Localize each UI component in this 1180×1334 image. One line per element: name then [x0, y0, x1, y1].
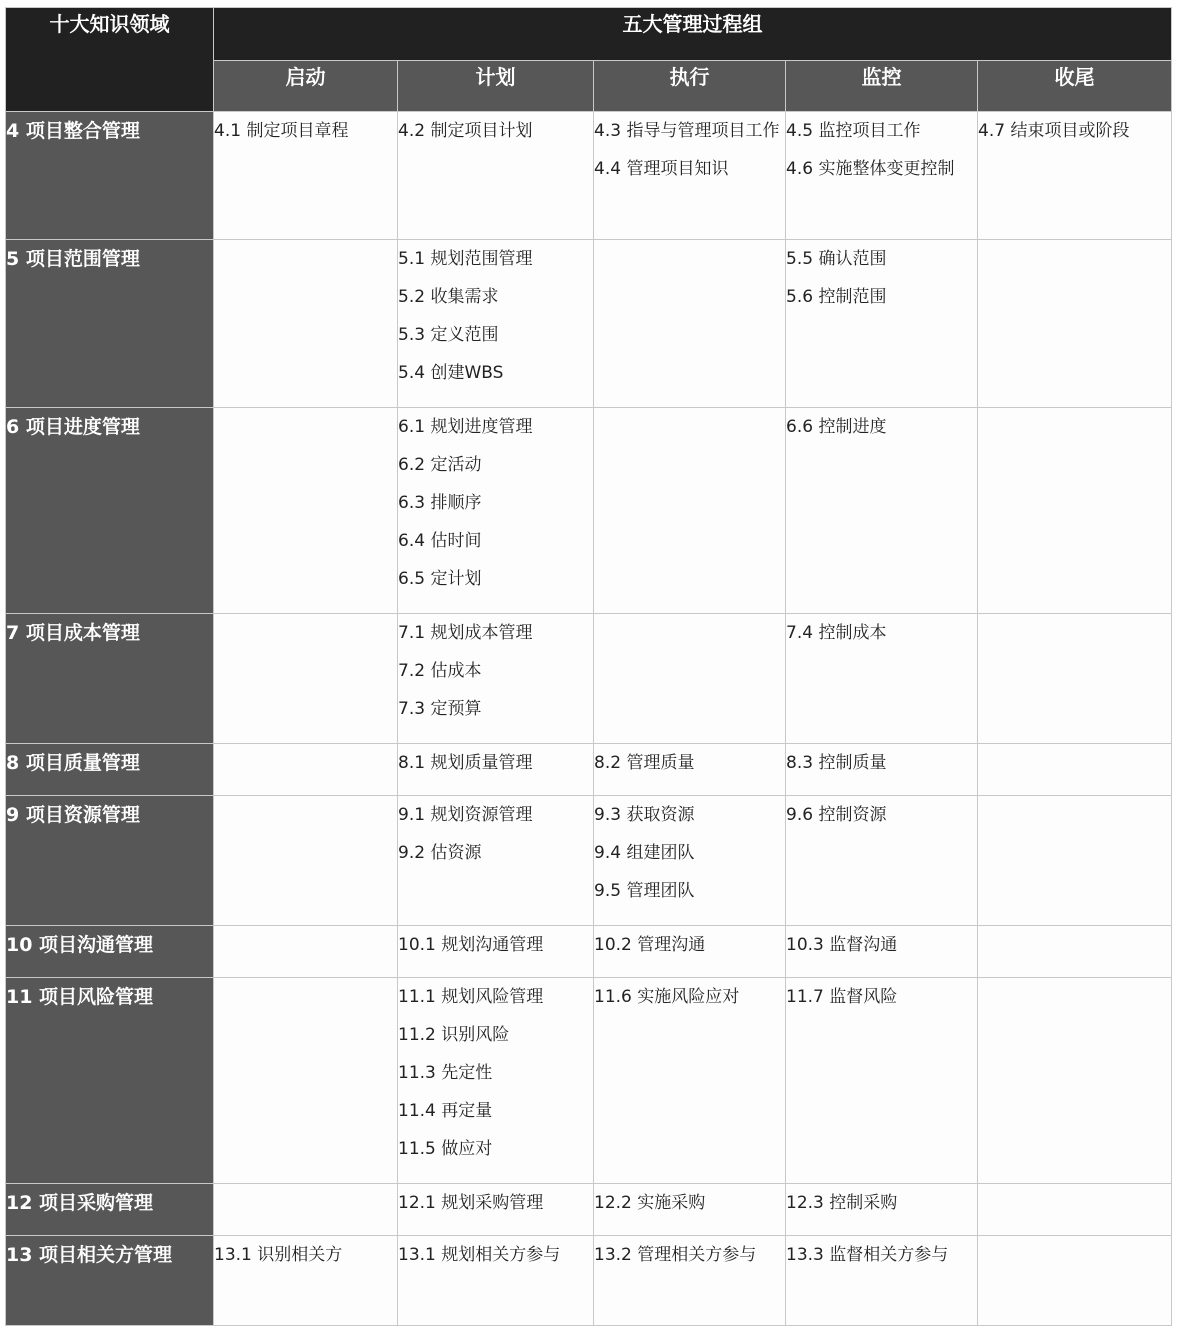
process-item: 11.7 监督风险 — [786, 978, 977, 1016]
knowledge-area-label: 11 项目风险管理 — [6, 978, 214, 1184]
process-item: 7.2 估成本 — [398, 652, 593, 690]
process-cell-planning: 4.2 制定项目计划 — [398, 112, 594, 240]
phase-header-initiating: 启动 — [214, 61, 398, 112]
process-cell-monitoring: 7.4 控制成本 — [786, 614, 978, 744]
process-cell-closing — [978, 926, 1172, 978]
process-cell-closing — [978, 978, 1172, 1184]
process-item: 11.6 实施风险应对 — [594, 978, 785, 1016]
process-item: 6.4 估时间 — [398, 522, 593, 560]
process-cell-executing — [594, 240, 786, 408]
knowledge-area-label: 9 项目资源管理 — [6, 796, 214, 926]
process-item: 4.5 监控项目工作 — [786, 112, 977, 150]
process-item: 12.2 实施采购 — [594, 1184, 785, 1222]
knowledge-area-label: 10 项目沟通管理 — [6, 926, 214, 978]
process-item: 8.3 控制质量 — [786, 744, 977, 782]
process-cell-executing: 11.6 实施风险应对 — [594, 978, 786, 1184]
process-item: 6.3 排顺序 — [398, 484, 593, 522]
process-cell-monitoring: 13.3 监督相关方参与 — [786, 1236, 978, 1326]
process-item: 7.4 控制成本 — [786, 614, 977, 652]
process-cell-planning: 5.1 规划范围管理5.2 收集需求5.3 定义范围5.4 创建WBS — [398, 240, 594, 408]
process-item: 7.1 规划成本管理 — [398, 614, 593, 652]
process-cell-initiating — [214, 796, 398, 926]
process-item: 4.3 指导与管理项目工作 — [594, 112, 785, 150]
process-cell-planning: 7.1 规划成本管理7.2 估成本7.3 定预算 — [398, 614, 594, 744]
knowledge-area-label: 13 项目相关方管理 — [6, 1236, 214, 1326]
table-row: 6 项目进度管理6.1 规划进度管理6.2 定活动6.3 排顺序6.4 估时间6… — [6, 408, 1172, 614]
process-item: 11.2 识别风险 — [398, 1016, 593, 1054]
process-item: 13.3 监督相关方参与 — [786, 1236, 977, 1274]
process-item: 10.1 规划沟通管理 — [398, 926, 593, 964]
process-cell-monitoring: 10.3 监督沟通 — [786, 926, 978, 978]
process-item: 5.1 规划范围管理 — [398, 240, 593, 278]
knowledge-process-table: 十大知识领域 五大管理过程组 启动 计划 执行 监控 收尾 4 项目整合管理4.… — [5, 7, 1172, 1326]
process-item: 10.3 监督沟通 — [786, 926, 977, 964]
process-item: 8.1 规划质量管理 — [398, 744, 593, 782]
process-item: 5.4 创建WBS — [398, 354, 593, 392]
process-cell-monitoring: 4.5 监控项目工作4.6 实施整体变更控制 — [786, 112, 978, 240]
process-cell-executing — [594, 408, 786, 614]
process-item: 7.3 定预算 — [398, 690, 593, 728]
process-item: 9.2 估资源 — [398, 834, 593, 872]
process-item: 4.7 结束项目或阶段 — [978, 112, 1171, 150]
process-cell-executing: 9.3 获取资源9.4 组建团队9.5 管理团队 — [594, 796, 786, 926]
table-row: 10 项目沟通管理10.1 规划沟通管理10.2 管理沟通10.3 监督沟通 — [6, 926, 1172, 978]
table-row: 8 项目质量管理8.1 规划质量管理8.2 管理质量8.3 控制质量 — [6, 744, 1172, 796]
process-cell-monitoring: 11.7 监督风险 — [786, 978, 978, 1184]
process-item: 4.4 管理项目知识 — [594, 150, 785, 188]
process-item: 9.1 规划资源管理 — [398, 796, 593, 834]
process-cell-closing — [978, 1236, 1172, 1326]
table-row: 11 项目风险管理11.1 规划风险管理11.2 识别风险11.3 先定性11.… — [6, 978, 1172, 1184]
process-item: 4.1 制定项目章程 — [214, 112, 397, 150]
knowledge-area-label: 6 项目进度管理 — [6, 408, 214, 614]
process-cell-closing — [978, 744, 1172, 796]
process-cell-initiating — [214, 926, 398, 978]
process-item: 13.1 识别相关方 — [214, 1236, 397, 1274]
process-item: 8.2 管理质量 — [594, 744, 785, 782]
phase-header-executing: 执行 — [594, 61, 786, 112]
process-cell-closing — [978, 796, 1172, 926]
process-group-header: 五大管理过程组 — [214, 8, 1172, 61]
process-item: 12.3 控制采购 — [786, 1184, 977, 1222]
process-item: 11.4 再定量 — [398, 1092, 593, 1130]
phase-header-monitoring: 监控 — [786, 61, 978, 112]
process-item: 4.2 制定项目计划 — [398, 112, 593, 150]
process-cell-executing: 13.2 管理相关方参与 — [594, 1236, 786, 1326]
table-row: 9 项目资源管理9.1 规划资源管理9.2 估资源9.3 获取资源9.4 组建团… — [6, 796, 1172, 926]
process-cell-executing: 10.2 管理沟通 — [594, 926, 786, 978]
process-item: 11.1 规划风险管理 — [398, 978, 593, 1016]
process-cell-initiating — [214, 1184, 398, 1236]
process-item: 12.1 规划采购管理 — [398, 1184, 593, 1222]
table-row: 12 项目采购管理12.1 规划采购管理12.2 实施采购12.3 控制采购 — [6, 1184, 1172, 1236]
process-cell-planning: 6.1 规划进度管理6.2 定活动6.3 排顺序6.4 估时间6.5 定计划 — [398, 408, 594, 614]
process-cell-initiating — [214, 614, 398, 744]
process-cell-closing — [978, 614, 1172, 744]
table-row: 7 项目成本管理7.1 规划成本管理7.2 估成本7.3 定预算7.4 控制成本 — [6, 614, 1172, 744]
process-item: 9.4 组建团队 — [594, 834, 785, 872]
knowledge-area-label: 5 项目范围管理 — [6, 240, 214, 408]
process-item: 9.5 管理团队 — [594, 872, 785, 910]
knowledge-area-label: 8 项目质量管理 — [6, 744, 214, 796]
process-cell-planning: 11.1 规划风险管理11.2 识别风险11.3 先定性11.4 再定量11.5… — [398, 978, 594, 1184]
process-cell-planning: 9.1 规划资源管理9.2 估资源 — [398, 796, 594, 926]
table-row: 13 项目相关方管理13.1 识别相关方13.1 规划相关方参与13.2 管理相… — [6, 1236, 1172, 1326]
process-item: 10.2 管理沟通 — [594, 926, 785, 964]
process-cell-initiating — [214, 978, 398, 1184]
process-item: 5.6 控制范围 — [786, 278, 977, 316]
process-cell-planning: 10.1 规划沟通管理 — [398, 926, 594, 978]
phase-header-planning: 计划 — [398, 61, 594, 112]
process-item: 13.2 管理相关方参与 — [594, 1236, 785, 1274]
process-cell-monitoring: 9.6 控制资源 — [786, 796, 978, 926]
process-cell-closing — [978, 240, 1172, 408]
process-cell-monitoring: 12.3 控制采购 — [786, 1184, 978, 1236]
table-row: 5 项目范围管理5.1 规划范围管理5.2 收集需求5.3 定义范围5.4 创建… — [6, 240, 1172, 408]
process-item: 5.5 确认范围 — [786, 240, 977, 278]
process-cell-closing: 4.7 结束项目或阶段 — [978, 112, 1172, 240]
process-cell-planning: 8.1 规划质量管理 — [398, 744, 594, 796]
process-cell-executing: 8.2 管理质量 — [594, 744, 786, 796]
process-cell-executing: 4.3 指导与管理项目工作4.4 管理项目知识 — [594, 112, 786, 240]
process-cell-closing — [978, 1184, 1172, 1236]
phase-header-closing: 收尾 — [978, 61, 1172, 112]
process-cell-initiating: 4.1 制定项目章程 — [214, 112, 398, 240]
process-cell-planning: 13.1 规划相关方参与 — [398, 1236, 594, 1326]
process-cell-monitoring: 8.3 控制质量 — [786, 744, 978, 796]
process-cell-closing — [978, 408, 1172, 614]
process-item: 6.5 定计划 — [398, 560, 593, 598]
table-body: 4 项目整合管理4.1 制定项目章程4.2 制定项目计划4.3 指导与管理项目工… — [6, 112, 1172, 1326]
process-cell-initiating — [214, 408, 398, 614]
process-item: 13.1 规划相关方参与 — [398, 1236, 593, 1274]
process-item: 6.6 控制进度 — [786, 408, 977, 446]
process-item: 5.2 收集需求 — [398, 278, 593, 316]
process-cell-monitoring: 5.5 确认范围5.6 控制范围 — [786, 240, 978, 408]
process-cell-initiating — [214, 240, 398, 408]
process-item: 5.3 定义范围 — [398, 316, 593, 354]
process-cell-executing: 12.2 实施采购 — [594, 1184, 786, 1236]
process-item: 11.3 先定性 — [398, 1054, 593, 1092]
process-cell-initiating — [214, 744, 398, 796]
corner-header: 十大知识领域 — [6, 8, 214, 112]
process-cell-monitoring: 6.6 控制进度 — [786, 408, 978, 614]
process-item: 6.2 定活动 — [398, 446, 593, 484]
process-cell-planning: 12.1 规划采购管理 — [398, 1184, 594, 1236]
process-item: 9.3 获取资源 — [594, 796, 785, 834]
knowledge-area-label: 12 项目采购管理 — [6, 1184, 214, 1236]
process-item: 11.5 做应对 — [398, 1130, 593, 1168]
table-row: 4 项目整合管理4.1 制定项目章程4.2 制定项目计划4.3 指导与管理项目工… — [6, 112, 1172, 240]
process-cell-initiating: 13.1 识别相关方 — [214, 1236, 398, 1326]
process-item: 4.6 实施整体变更控制 — [786, 150, 977, 188]
process-item: 6.1 规划进度管理 — [398, 408, 593, 446]
process-item: 9.6 控制资源 — [786, 796, 977, 834]
process-cell-executing — [594, 614, 786, 744]
knowledge-area-label: 4 项目整合管理 — [6, 112, 214, 240]
knowledge-area-label: 7 项目成本管理 — [6, 614, 214, 744]
